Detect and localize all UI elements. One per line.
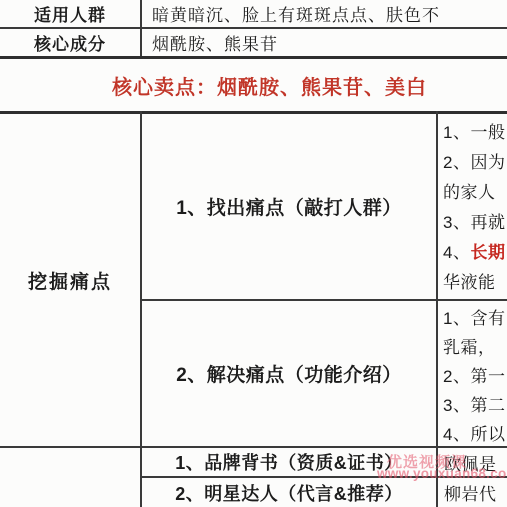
step2-note-1: 1、含有 bbox=[443, 304, 507, 333]
step1-note-4: 3、再就 bbox=[443, 208, 507, 238]
step1-note-1: 1、一般 bbox=[443, 118, 507, 148]
audience-value: 暗黄暗沉、脸上有斑斑点点、肤色不 bbox=[152, 0, 440, 27]
pain-section-label: 挖掘痛点 bbox=[0, 114, 140, 446]
step1-note-5-red: 长期 bbox=[470, 243, 505, 262]
celebrity-endorsement-title: 2、明星达人（代言&推荐） bbox=[142, 478, 436, 507]
celebrity-endorsement-note: 柳岩代 bbox=[444, 478, 497, 507]
step2-note-5: 4、所以 bbox=[443, 420, 507, 449]
selling-point-banner: 核心卖点：烟酰胺、熊果苷、美白 bbox=[112, 59, 427, 111]
brand-endorsement-title: 1、品牌背书（资质&证书） bbox=[142, 448, 436, 476]
step1-title: 1、找出痛点（敲打人群） bbox=[142, 114, 436, 298]
step1-note-5: 4、长期 bbox=[443, 238, 507, 268]
divider-main-col2 bbox=[436, 111, 438, 507]
step1-note-3: 的家人 bbox=[443, 178, 507, 208]
step2-note-2: 乳霜， bbox=[443, 333, 507, 362]
step2-note-3: 2、第一 bbox=[443, 362, 507, 391]
selling-point-text: 核心卖点：烟酰胺、熊果苷、美白 bbox=[112, 71, 427, 100]
audience-label: 适用人群 bbox=[0, 0, 140, 27]
brand-endorsement-note: 欧佩是 bbox=[444, 448, 497, 476]
divider-top-label-col bbox=[140, 0, 142, 56]
step2-notes: 1、含有 乳霜， 2、第一 3、第二 4、所以 bbox=[443, 304, 507, 449]
ingredients-value: 烟酰胺、熊果苷 bbox=[152, 29, 278, 56]
step1-note-6: 华液能 bbox=[443, 268, 507, 298]
step2-title: 2、解决痛点（功能介绍） bbox=[142, 301, 436, 445]
ingredients-label: 核心成分 bbox=[0, 29, 140, 56]
step1-note-2: 2、因为 bbox=[443, 148, 507, 178]
step2-note-4: 3、第二 bbox=[443, 391, 507, 420]
marketing-script-document: 适用人群 暗黄暗沉、脸上有斑斑点点、肤色不 核心成分 烟酰胺、熊果苷 核心卖点：… bbox=[0, 0, 507, 507]
step1-notes: 1、一般 2、因为 的家人 3、再就 4、长期 华液能 bbox=[443, 118, 507, 298]
